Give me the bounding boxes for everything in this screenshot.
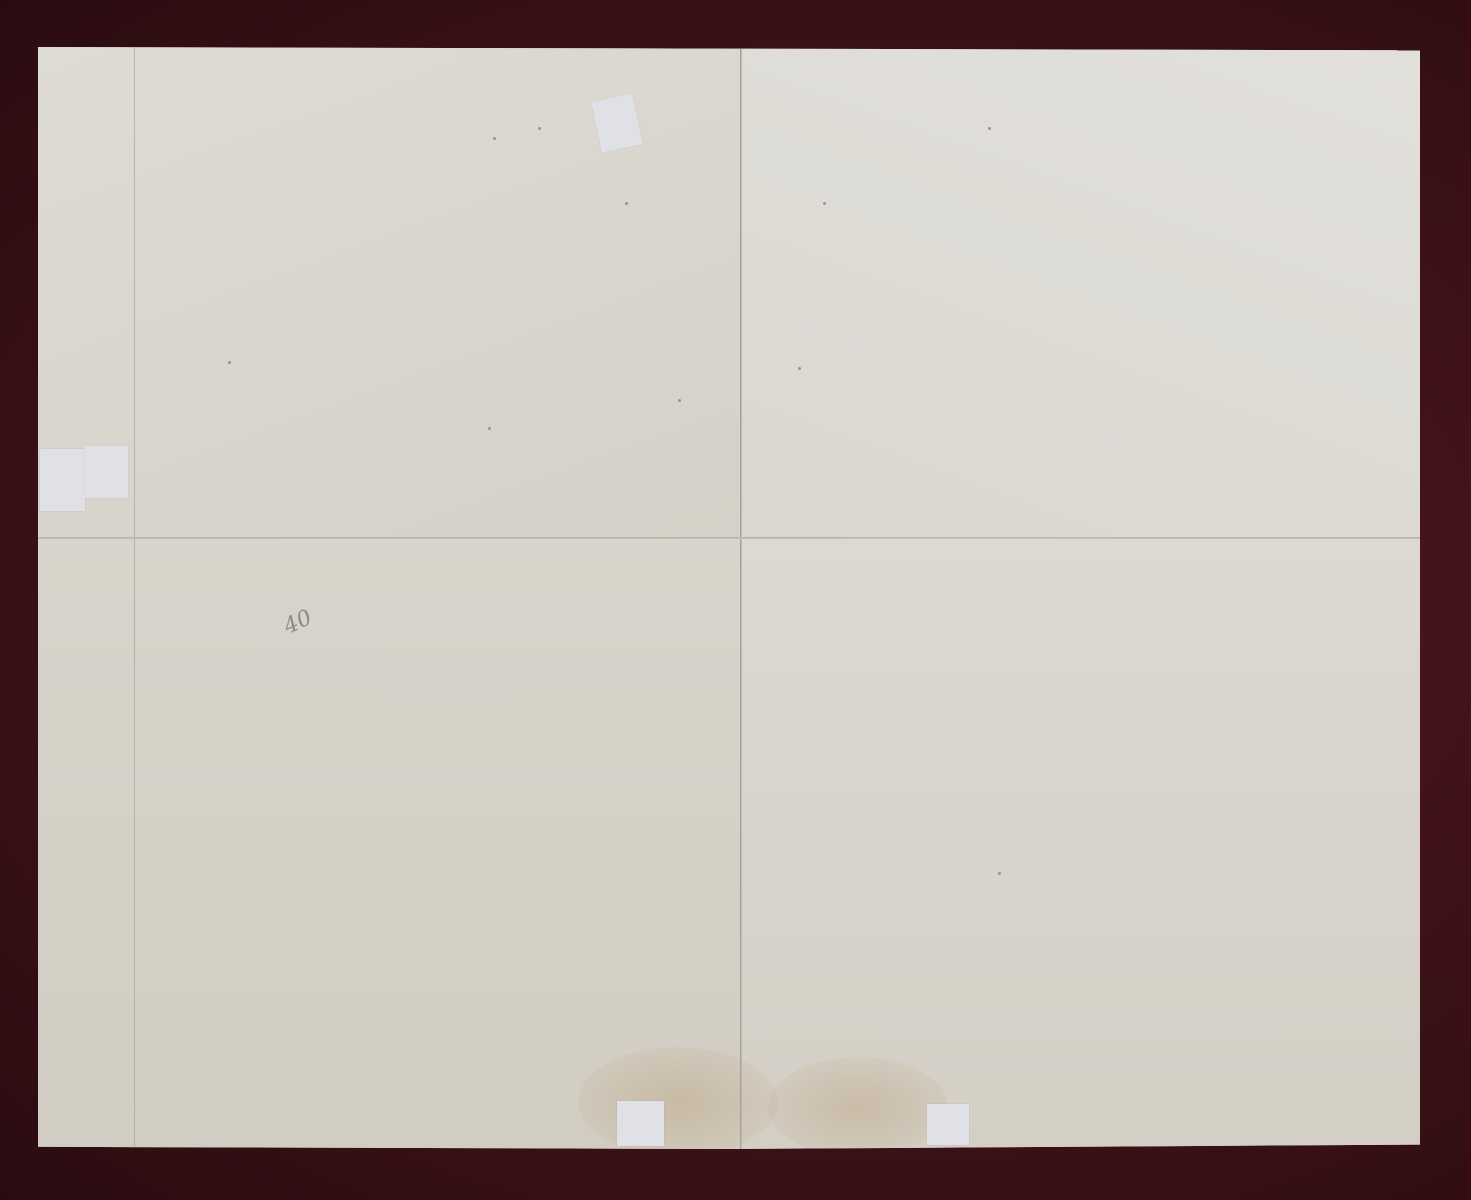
foxing-spot — [228, 361, 231, 364]
foxing-spot — [998, 872, 1001, 875]
foxing-spot — [823, 202, 826, 205]
margin-fold-line — [134, 47, 135, 1149]
water-stain — [578, 1047, 778, 1157]
foxing-spot — [625, 202, 628, 205]
foxing-spot — [488, 427, 491, 430]
foxing-spot — [493, 137, 496, 140]
tape-piece — [617, 1101, 664, 1146]
paper-sheet — [38, 47, 1420, 1149]
tape-piece — [927, 1104, 969, 1145]
foxing-spot — [538, 127, 541, 130]
tape-piece — [85, 446, 128, 498]
water-stain — [768, 1057, 948, 1157]
foxing-spot — [798, 367, 801, 370]
foxing-spot — [678, 399, 681, 402]
foxing-spot — [988, 127, 991, 130]
vertical-fold — [740, 47, 742, 1149]
tape-piece — [40, 449, 85, 511]
paper-quadrant-top-right — [741, 47, 1420, 538]
horizontal-fold — [38, 537, 1420, 539]
